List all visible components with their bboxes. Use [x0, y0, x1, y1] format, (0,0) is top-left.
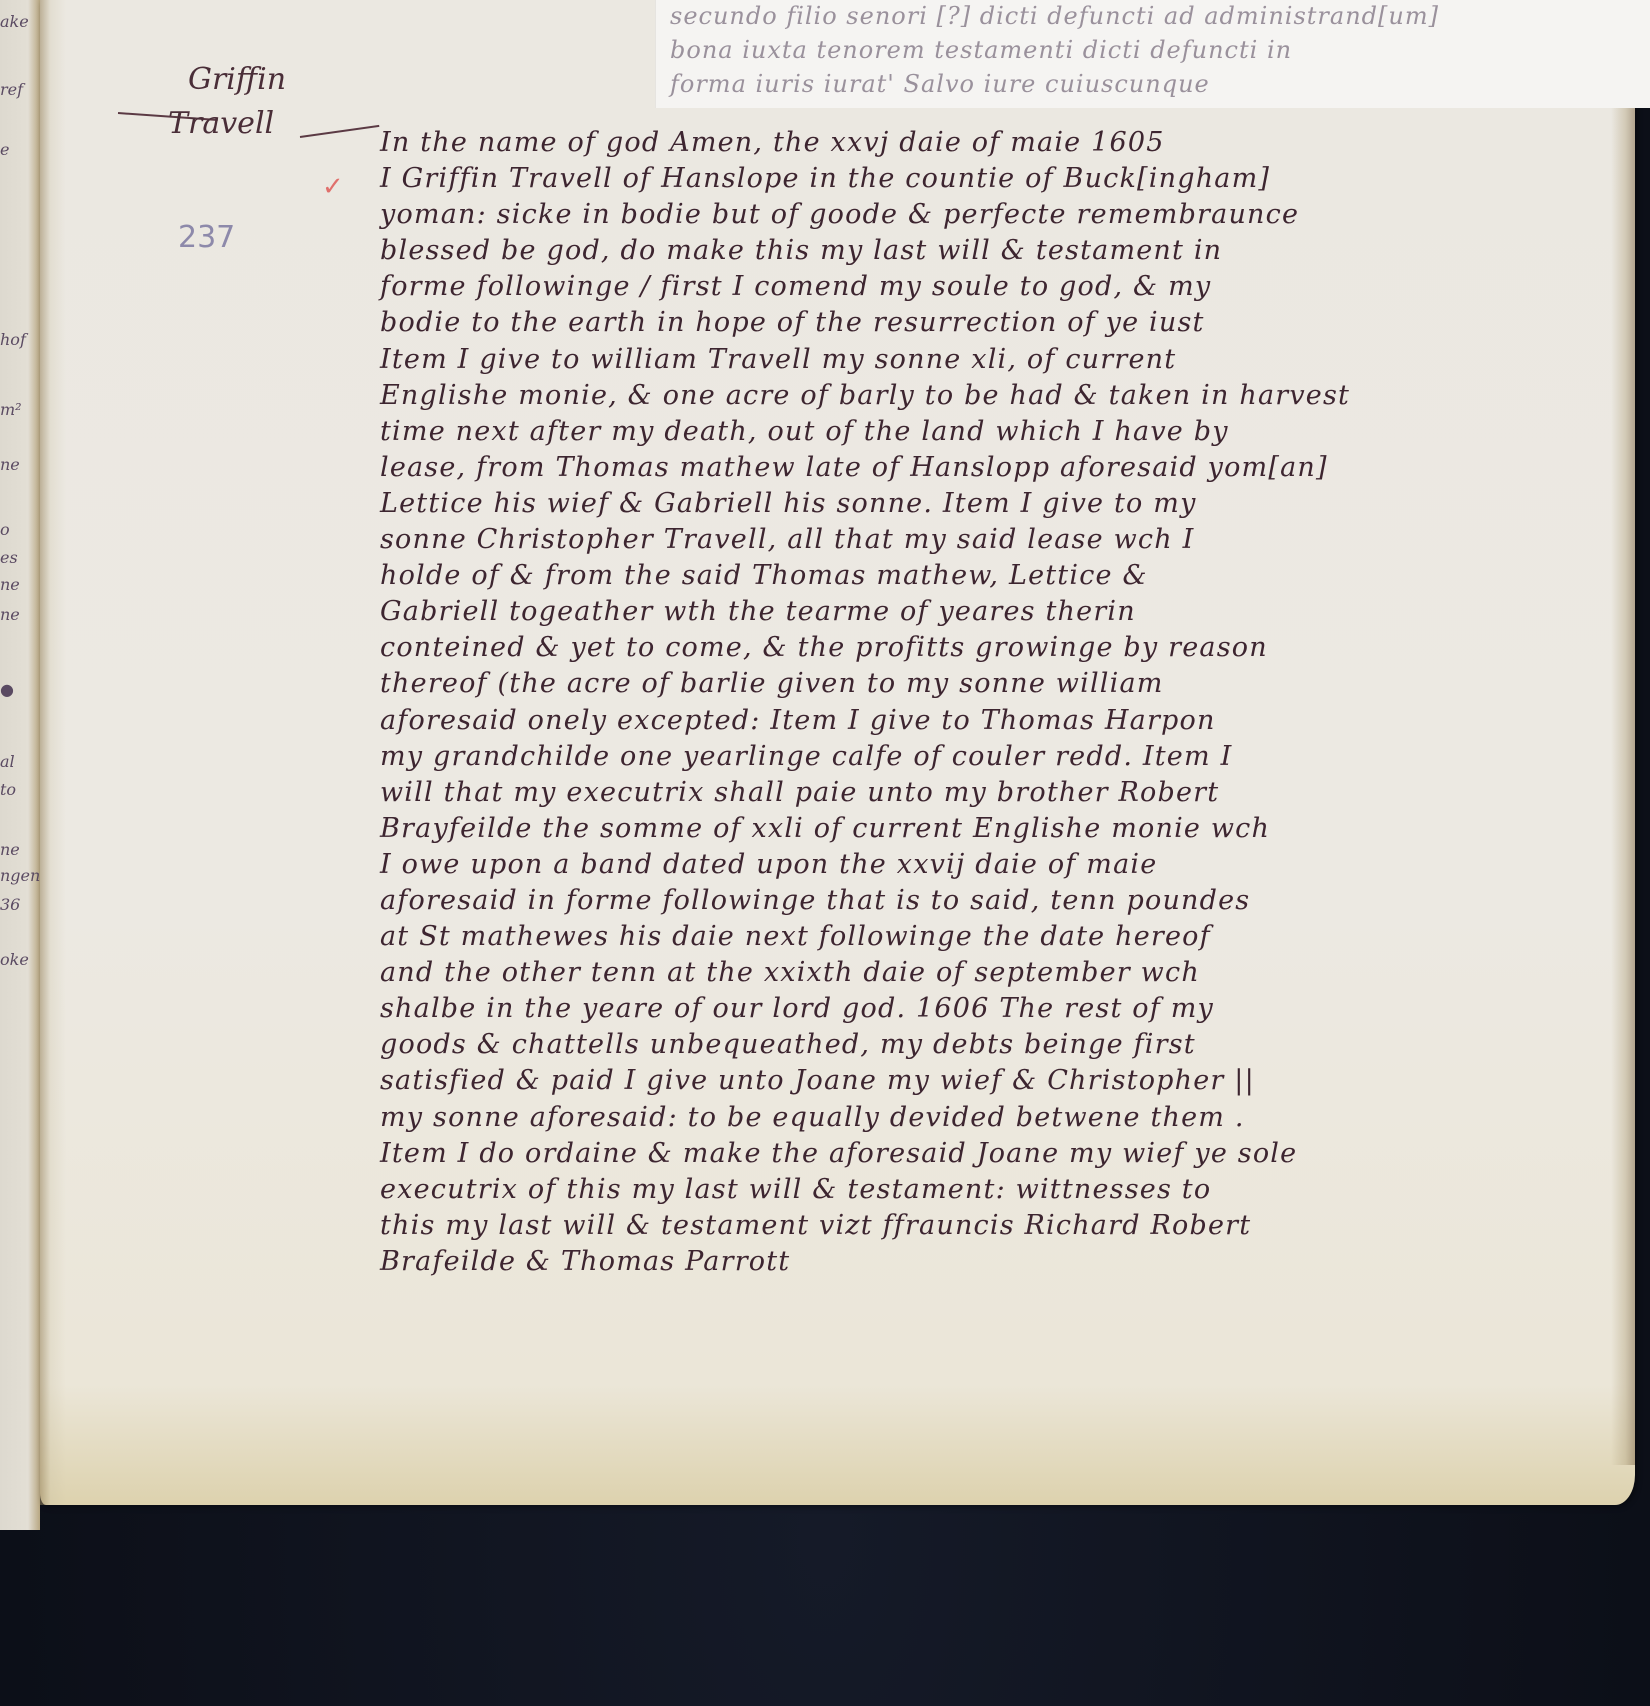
- facing-page-fragment: oke: [0, 950, 29, 969]
- manuscript-line: satisfied & paid I give unto Joane my wi…: [380, 1063, 1610, 1099]
- manuscript-line: Brayfeilde the somme of xxli of current …: [380, 811, 1610, 847]
- manuscript-line: time next after my death, out of the lan…: [380, 414, 1610, 450]
- facing-page-fragment: ngent: [0, 866, 40, 885]
- manuscript-line: holde of & from the said Thomas mathew, …: [380, 558, 1610, 594]
- manuscript-line: bodie to the earth in hope of the resurr…: [380, 305, 1610, 341]
- facing-page-fragment: ne: [0, 575, 20, 594]
- manuscript-line: and the other tenn at the xxixth daie of…: [380, 955, 1610, 991]
- manuscript-line: aforesaid in forme followinge that is to…: [380, 883, 1610, 919]
- overlay-line: forma iuris iurat' Salvo iure cuiuscunqu…: [670, 70, 1210, 98]
- manuscript-line: will that my executrix shall paie unto m…: [380, 775, 1610, 811]
- manuscript-line: sonne Christopher Travell, all that my s…: [380, 522, 1610, 558]
- will-body-text: In the name of god Amen, the xxvj daie o…: [380, 125, 1610, 1280]
- manuscript-line: In the name of god Amen, the xxvj daie o…: [380, 125, 1610, 161]
- facing-page-fragment: ne: [0, 455, 20, 474]
- facing-page-fragment: e: [0, 140, 9, 159]
- manuscript-line: this my last will & testament vizt ffrau…: [380, 1208, 1610, 1244]
- manuscript-line: aforesaid onely excepted: Item I give to…: [380, 703, 1610, 739]
- facing-page-fragment: ●: [0, 680, 14, 699]
- overlay-line: bona iuxta tenorem testamenti dicti defu…: [670, 36, 1292, 64]
- overlay-line: secundo filio senori [?] dicti defuncti …: [670, 2, 1439, 30]
- manuscript-line: Gabriell togeather wth the tearme of yea…: [380, 594, 1610, 630]
- facing-page-fragment: o: [0, 520, 10, 539]
- manuscript-line: executrix of this my last will & testame…: [380, 1172, 1610, 1208]
- manuscript-line: lease, from Thomas mathew late of Hanslo…: [380, 450, 1610, 486]
- facing-page-fragment: al: [0, 752, 15, 771]
- manuscript-line: goods & chattells unbequeathed, my debts…: [380, 1027, 1610, 1063]
- manuscript-line: my grandchilde one yearlinge calfe of co…: [380, 739, 1610, 775]
- manuscript-line: my sonne aforesaid: to be equally devide…: [380, 1100, 1610, 1136]
- facing-page-fragment: hof: [0, 330, 26, 349]
- facing-page-fragment: ake: [0, 12, 29, 31]
- manuscript-line: Englishe monie, & one acre of barly to b…: [380, 378, 1610, 414]
- manuscript-line: at St mathewes his daie next followinge …: [380, 919, 1610, 955]
- manuscript-line: blessed be god, do make this my last wil…: [380, 233, 1610, 269]
- facing-page-fragment: es: [0, 548, 18, 567]
- manuscript-line: Brafeilde & Thomas Parrott: [380, 1244, 1610, 1280]
- red-check-mark: ✓: [322, 172, 344, 202]
- margin-name-surname: Travell: [168, 106, 274, 141]
- facing-page-fragment: m²: [0, 400, 22, 419]
- overlay-note-inset: secundo filio senori [?] dicti defuncti …: [655, 0, 1650, 108]
- manuscript-line: I owe upon a band dated upon the xxvij d…: [380, 847, 1610, 883]
- manuscript-line: conteined & yet to come, & the profitts …: [380, 630, 1610, 666]
- manuscript-line: shalbe in the yeare of our lord god. 160…: [380, 991, 1610, 1027]
- margin-name-first: Griffin: [188, 62, 286, 97]
- manuscript-line: I Griffin Travell of Hanslope in the cou…: [380, 161, 1610, 197]
- manuscript-line: yoman: sicke in bodie but of goode & per…: [380, 197, 1610, 233]
- facing-page-fragment: to: [0, 780, 16, 799]
- folio-number: 237: [178, 220, 235, 255]
- manuscript-line: thereof (the acre of barlie given to my …: [380, 666, 1610, 702]
- facing-page-edge: akerefehofm²neoesnene●altonengent36oke: [0, 0, 40, 1530]
- manuscript-line: Lettice his wief & Gabriell his sonne. I…: [380, 486, 1610, 522]
- facing-page-fragment: ref: [0, 80, 23, 99]
- facing-page-fragment: ne: [0, 605, 20, 624]
- manuscript-line: Item I give to william Travell my sonne …: [380, 342, 1610, 378]
- manuscript-line: forme followinge / first I comend my sou…: [380, 269, 1610, 305]
- facing-page-fragment: 36: [0, 895, 20, 914]
- manuscript-line: Item I do ordaine & make the aforesaid J…: [380, 1136, 1610, 1172]
- page-right-edge: [1611, 100, 1635, 1465]
- facing-page-fragment: ne: [0, 840, 20, 859]
